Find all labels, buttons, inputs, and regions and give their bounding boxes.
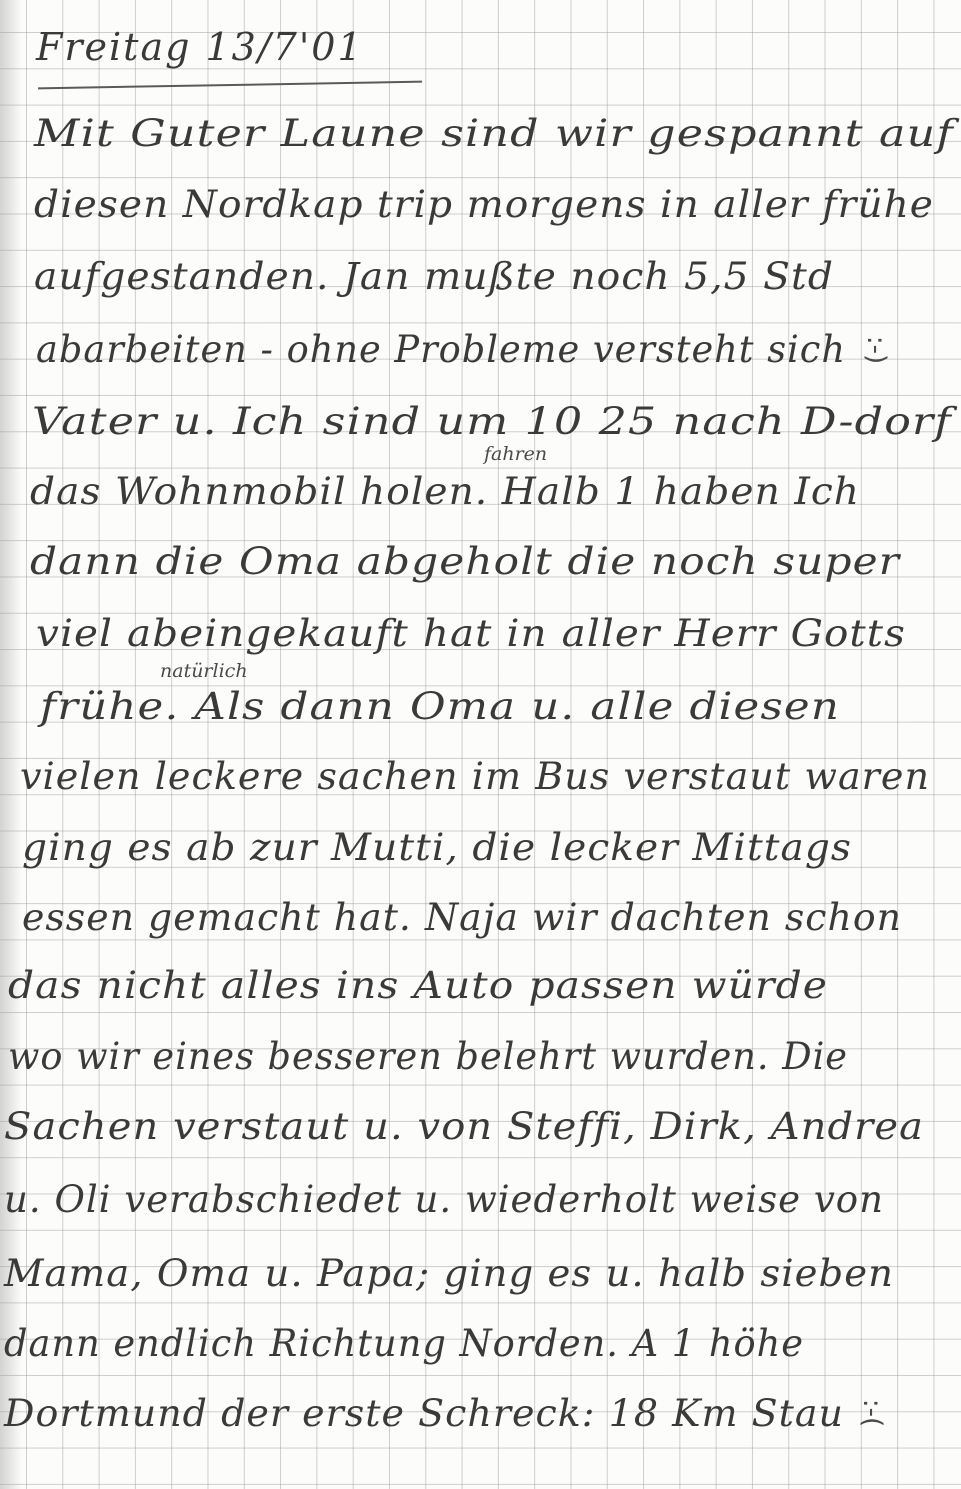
diary-line-15: Sachen verstaut u. von Steffi, Dirk, And… (4, 1105, 924, 1148)
diary-line-1: Mit Guter Laune sind wir gespannt auf (34, 112, 954, 155)
smiley-emoticon: :-) (861, 336, 891, 364)
diary-line-6: das Wohnmobil holen. Halb 1 haben Ich (30, 470, 860, 513)
heading-underline (38, 81, 422, 90)
diary-date-heading: Freitag 13/7'01 (36, 25, 364, 69)
insertion-fahren: fahren (484, 443, 547, 465)
diary-line-11: ging es ab zur Mutti, die lecker Mittags (22, 826, 852, 869)
diary-line-9: frühe. Als dann Oma u. alle diesen (40, 685, 840, 728)
diary-line-2: diesen Nordkap trip morgens in aller frü… (34, 183, 934, 226)
diary-line-7: dann die Oma abgeholt die noch super (30, 540, 900, 583)
diary-line-16: u. Oli verabschiedet u. wiederholt weise… (4, 1178, 884, 1221)
diary-line-19: Dortmund der erste Schreck: 18 Km Stau (4, 1392, 844, 1435)
diary-line-12: essen gemacht hat. Naja wir dachten scho… (22, 896, 902, 939)
sad-emoticon: :-( (857, 1399, 887, 1427)
diary-line-13: das nicht alles ins Auto passen würde (8, 964, 828, 1007)
grid-paper-page: Freitag 13/7'01 Mit Guter Laune sind wir… (0, 0, 961, 1489)
diary-line-10: vielen leckere sachen im Bus verstaut wa… (20, 755, 930, 798)
diary-line-14: wo wir eines besseren belehrt wurden. Di… (8, 1035, 848, 1078)
diary-line-5: Vater u. Ich sind um 10 25 nach D-dorf (32, 400, 952, 443)
insertion-natuerlich: natürlich (160, 660, 248, 682)
diary-line-18: dann endlich Richtung Norden. A 1 höhe (4, 1322, 804, 1365)
diary-line-17: Mama, Oma u. Papa; ging es u. halb siebe… (4, 1252, 894, 1295)
diary-line-3: aufgestanden. Jan mußte noch 5,5 Std (34, 255, 834, 298)
diary-line-8: viel abeingekauft hat in aller Herr Gott… (36, 612, 906, 655)
diary-line-4: abarbeiten - ohne Probleme versteht sich (36, 328, 846, 371)
